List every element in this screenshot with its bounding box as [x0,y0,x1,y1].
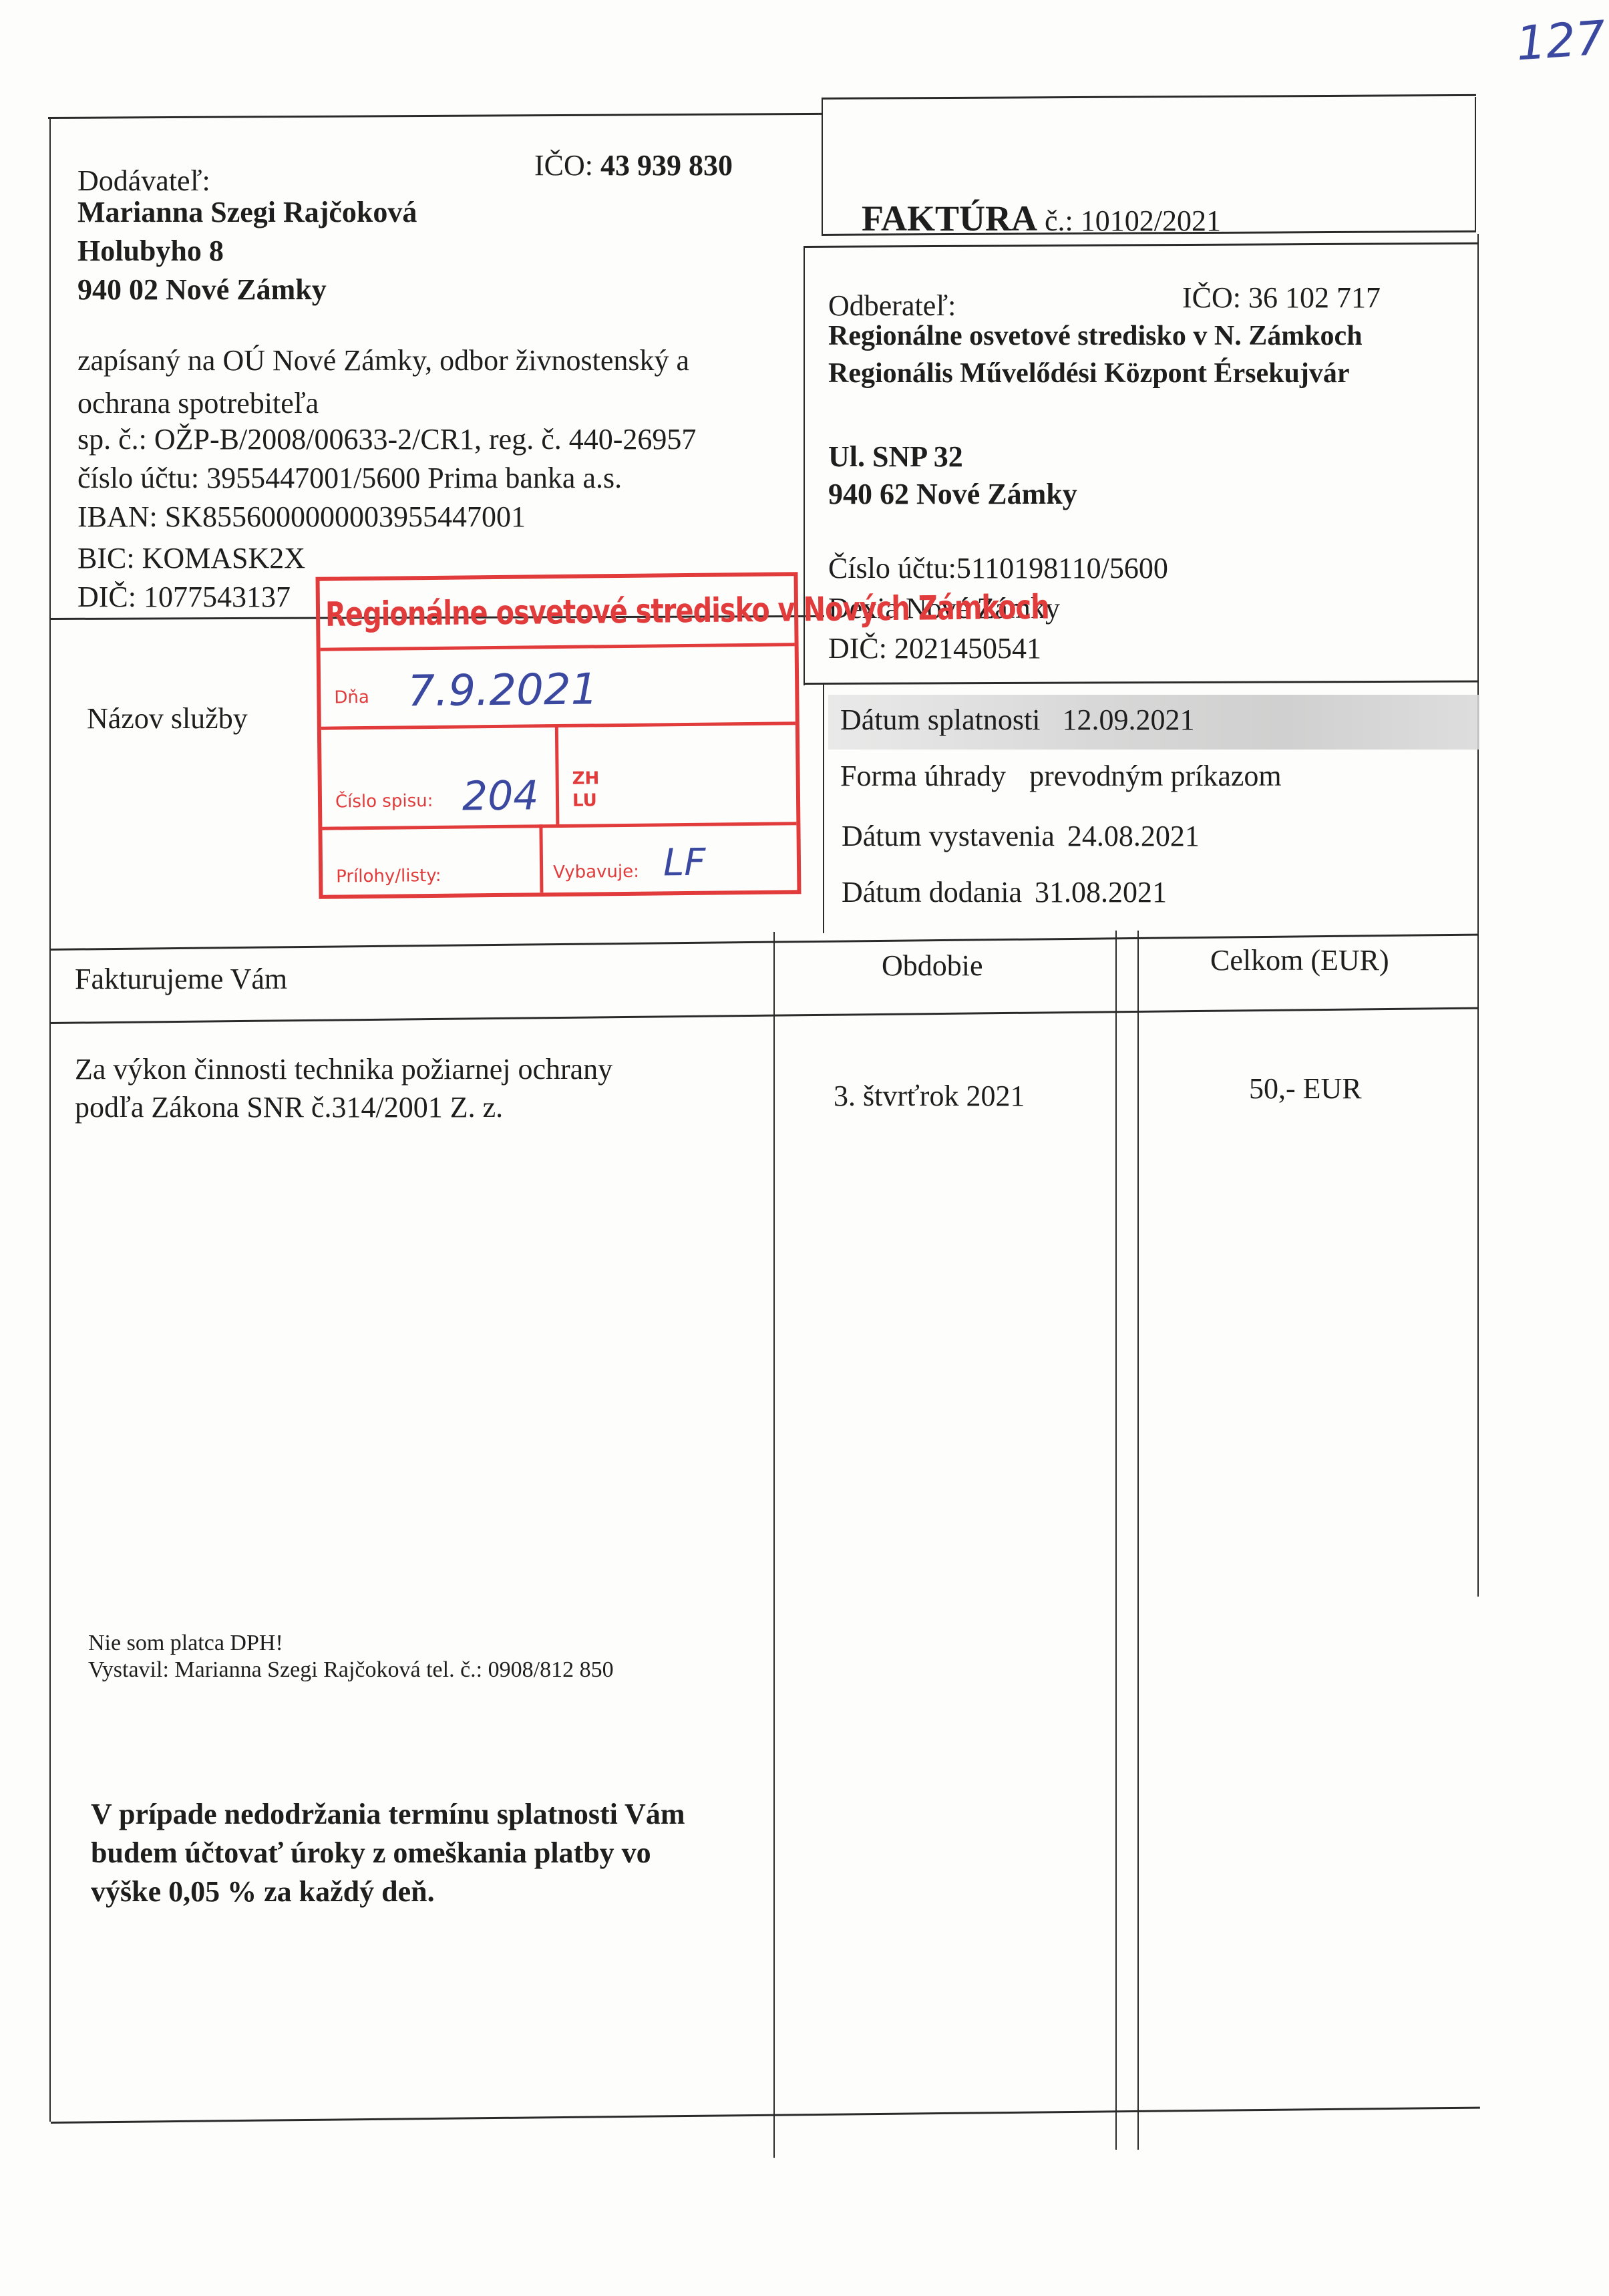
delivery-date-value: 31.08.2021 [1035,876,1167,909]
customer-ico: IČO: 36 102 717 [1182,281,1381,316]
supplier-label: Dodávateľ: [77,164,210,199]
frame-top-left [48,113,823,119]
middle-divider [823,683,824,933]
frame-top-right [822,94,1476,100]
supplier-iban: IBAN: SK8556000000003955447001 [77,500,526,535]
stamp-handled-by-label: Vybavuje: [553,862,639,882]
customer-name-hu: Regionális Művelődési Központ Érsekujvár [828,357,1350,390]
due-date-label: Dátum splatnosti [840,703,1040,736]
customer-ico-value: 36 102 717 [1248,281,1381,314]
stamp-header: Regionálne osvetové stredisko v Nových Z… [325,589,1049,635]
service-name-label: Názov služby [87,701,248,737]
invoice-title-divider [822,99,823,236]
issued-by: Vystavil: Marianna Szegi Rajčoková tel. … [88,1657,614,1684]
vat-note: Nie som platca DPH! [88,1630,283,1657]
invoice-title: FAKTÚRA [862,198,1037,238]
supplier-registration-line1: zapísaný na OÚ Nové Zámky, odbor živnost… [77,343,689,379]
col-divider-1 [773,932,775,2158]
item-period: 3. štvrťrok 2021 [834,1079,1025,1114]
frame-right-bottom [1477,929,1479,1597]
header-total: Celkom (EUR) [1210,943,1389,979]
delivery-date-label: Dátum dodania [842,876,1022,909]
supplier-registration-line2: ochrana spotrebiteľa [77,386,319,422]
supplier-bic: BIC: KOMASK2X [77,541,305,577]
customer-box-bottom [803,680,1478,685]
frame-bottom [51,2107,1480,2124]
registry-stamp: Regionálne osvetové stredisko v Nových Z… [315,572,801,899]
supplier-ico-label: IČO: [534,149,593,182]
item-total: 50,- EUR [1249,1072,1362,1107]
supplier-name: Marianna Szegi Rajčoková [77,195,417,230]
item-description-line2: podľa Zákona SNR č.314/2001 Z. z. [75,1090,503,1126]
frame-left [49,118,51,2122]
issue-date-label: Dátum vystavenia [842,820,1055,852]
supplier-dic: DIČ: 1077543137 [77,580,291,615]
stamp-date-label: Dňa [334,687,369,708]
due-date-row: Dátum splatnosti 12.09.2021 [840,703,1194,738]
supplier-street: Holubyho 8 [77,234,224,269]
invoice-heading: FAKTÚRA č.: 10102/2021 [862,197,1221,240]
col-divider-2 [1115,931,1117,2150]
customer-label: Odberateľ: [828,289,956,324]
supplier-ico: IČO: 43 939 830 [534,148,733,184]
supplier-ico-value: 43 939 830 [600,149,733,182]
customer-street: Ul. SNP 32 [828,440,963,475]
col-divider-3 [1137,931,1139,2150]
payment-method-row: Forma úhrady prevodným príkazom [840,759,1282,794]
stamp-dept-line2: LU [572,790,597,810]
customer-name-sk: Regionálne osvetové stredisko v N. Zámko… [828,319,1363,353]
supplier-account: číslo účtu: 3955447001/5600 Prima banka … [77,461,622,496]
stamp-date-handwritten: 7.9.2021 [407,665,598,716]
item-description-line1: Za výkon činnosti technika požiarnej och… [75,1052,612,1088]
supplier-city: 940 02 Nové Zámky [77,273,327,308]
issue-date-value: 24.08.2021 [1067,820,1200,852]
due-date-value: 12.09.2021 [1062,703,1194,736]
table-header-bottom [49,1007,1479,1024]
frame-right-top [1475,97,1476,230]
invoice-number: 10102/2021 [1081,204,1221,237]
stamp-attachments-label: Prílohy/listy: [336,866,441,887]
customer-dic: DIČ: 2021450541 [828,631,1041,667]
late-payment-line1: V prípade nedodržania termínu splatnosti… [91,1797,685,1832]
supplier-file-number: sp. č.: OŽP-B/2008/00633-2/CR1, reg. č. … [77,422,696,458]
handwritten-page-number: 127 [1514,10,1607,71]
customer-city: 940 62 Nové Zámky [828,477,1077,512]
stamp-handled-by-handwritten: LF [663,841,706,885]
delivery-date-row: Dátum dodania 31.08.2021 [842,875,1167,911]
payment-method-label: Forma úhrady [840,760,1006,792]
customer-box-right [1477,234,1479,929]
stamp-record-handwritten: 204 [462,772,539,820]
header-period: Obdobie [882,949,983,984]
customer-box-top [803,242,1478,248]
issue-date-row: Dátum vystavenia 24.08.2021 [842,819,1200,854]
stamp-dept-line1: ZH [572,768,600,788]
invoice-number-label: č.: [1045,204,1073,237]
customer-ico-label: IČO: [1182,281,1241,314]
late-payment-line2: budem účtovať úroky z omeškania platby v… [91,1836,651,1871]
customer-account: Číslo účtu:5110198110/5600 [828,551,1168,587]
late-payment-line3: výške 0,05 % za každý deň. [91,1874,435,1910]
payment-method-value: prevodným príkazom [1029,760,1282,792]
stamp-record-label: Číslo spisu: [335,791,433,812]
header-description: Fakturujeme Vám [75,962,287,997]
